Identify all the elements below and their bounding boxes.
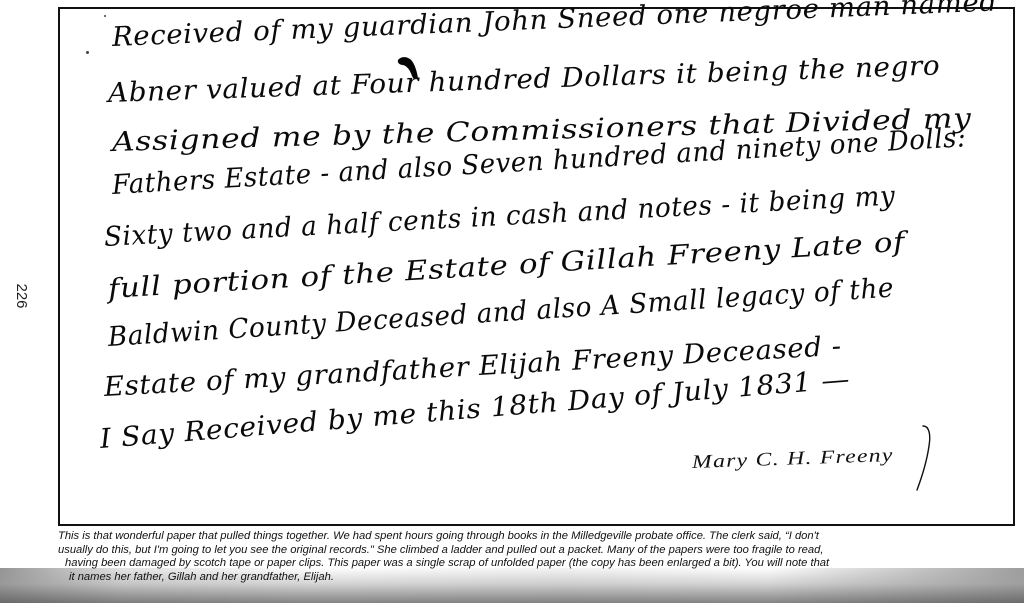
caption-line-2: usually do this, but I'm going to let yo… <box>58 544 1024 558</box>
speck <box>104 15 106 17</box>
speck <box>86 51 89 54</box>
caption-line-3: having been damaged by scotch tape or pa… <box>58 557 1024 571</box>
signature-brace-icon <box>915 424 937 494</box>
caption-line-4: it names her father, Gillah and her gran… <box>58 571 1024 585</box>
caption: This is that wonderful paper that pulled… <box>58 530 1024 584</box>
page-number: 226 <box>13 281 29 311</box>
caption-line-1: This is that wonderful paper that pulled… <box>58 530 1024 544</box>
